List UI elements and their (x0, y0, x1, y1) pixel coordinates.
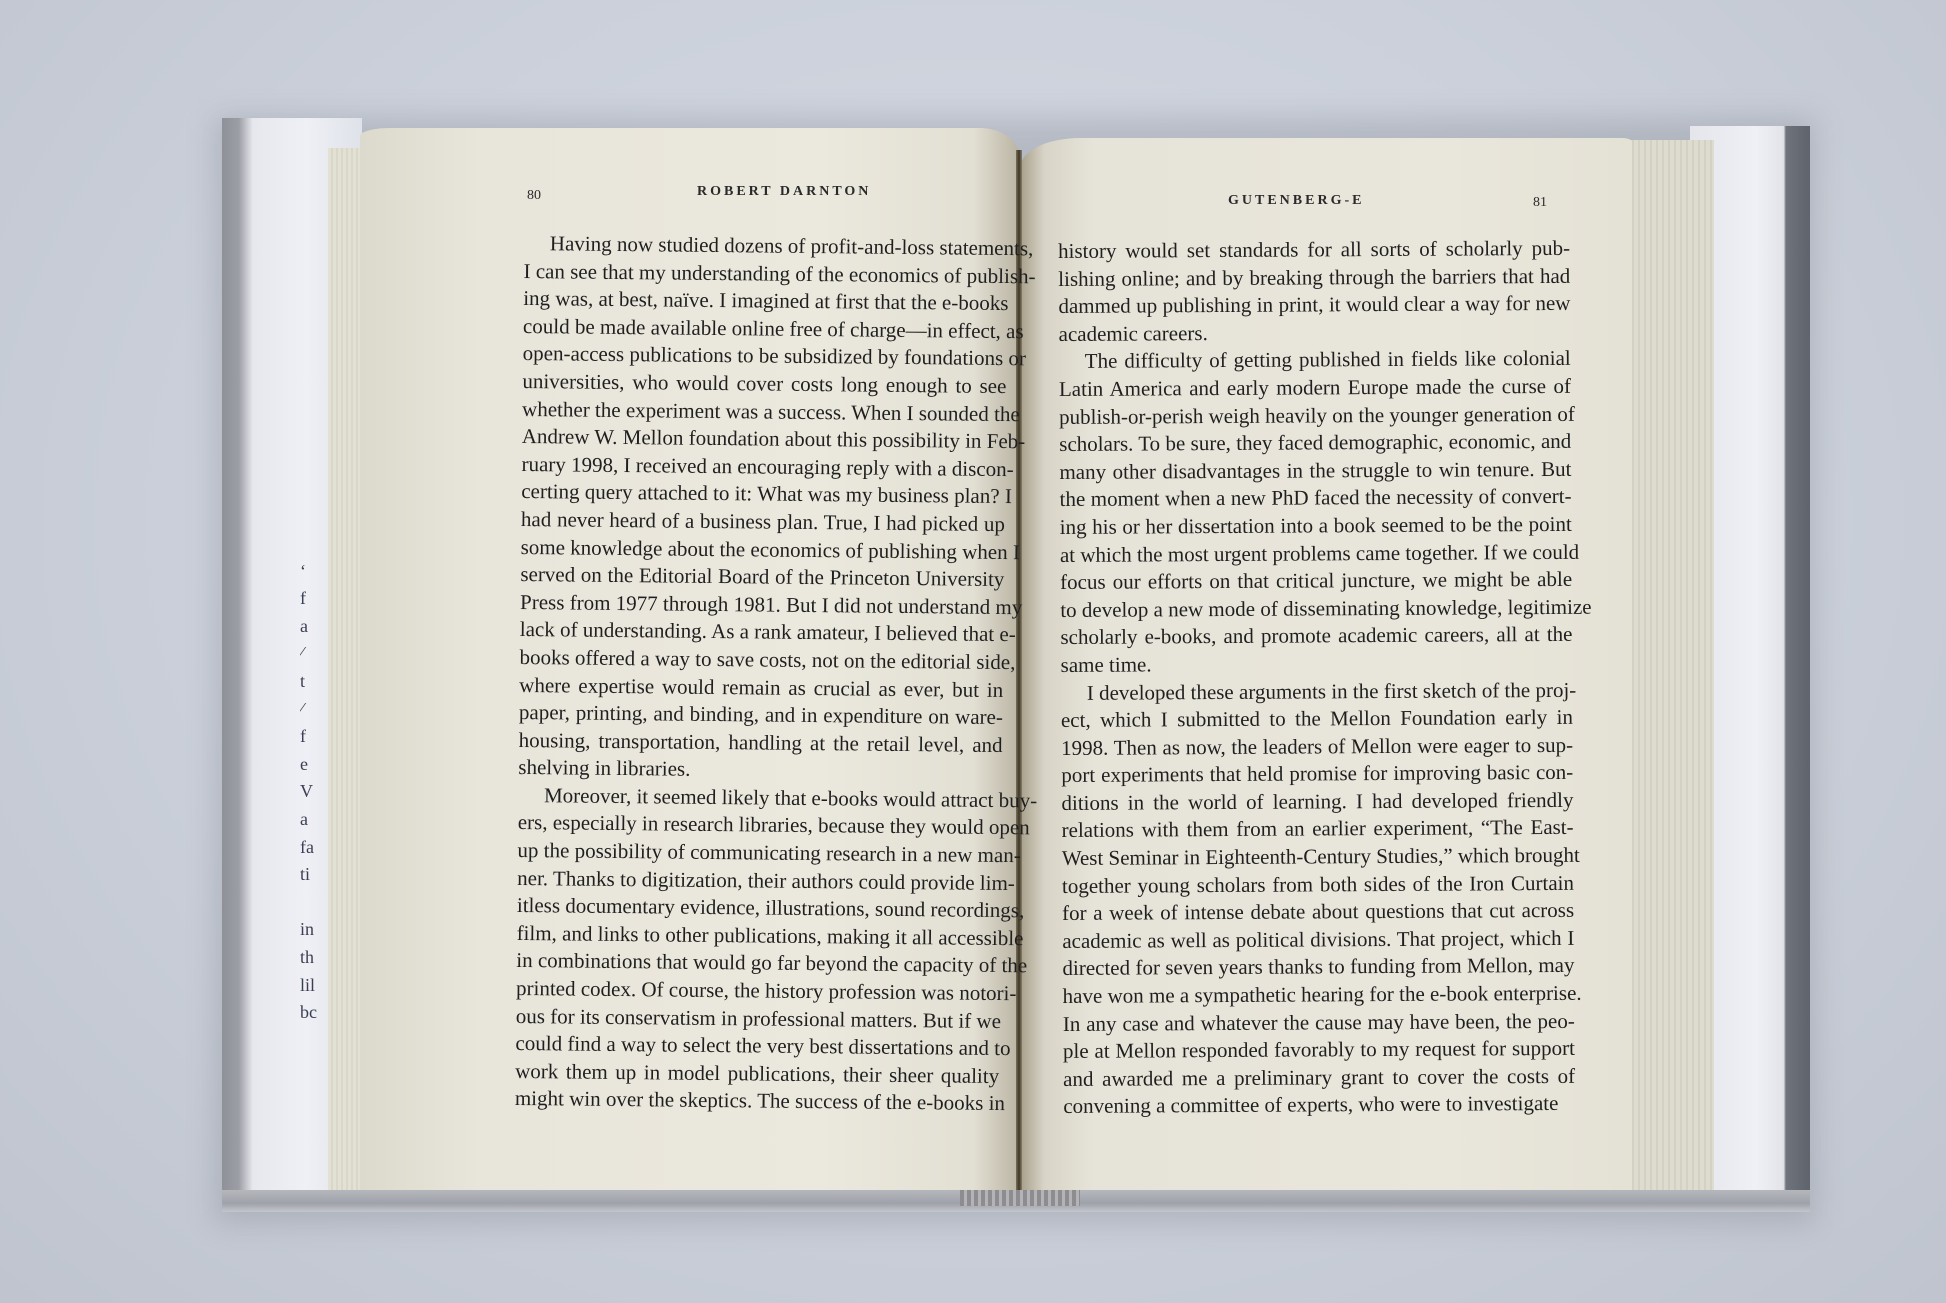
text-line: history would set standards for all sort… (1058, 235, 1570, 266)
peek-fragment: ⁄ (300, 696, 330, 724)
peek-fragment: bc (300, 999, 330, 1027)
text-line: academic as well as political divisions.… (1062, 925, 1574, 956)
text-line: focus our efforts on that critical junct… (1060, 566, 1572, 597)
peek-fragment: V (300, 778, 330, 806)
text-line: convening a committee of experts, who we… (1063, 1090, 1575, 1121)
text-line: ple at Mellon responded favorably to my … (1063, 1035, 1575, 1066)
peek-fragment: t (300, 668, 330, 696)
text-line: books offered a way to save costs, not o… (519, 644, 1003, 677)
text-line: port experiments that held promise for i… (1061, 759, 1573, 790)
text-line: publish-or-perish weigh heavily on the y… (1059, 400, 1571, 431)
text-line: ditions in the world of learning. I had … (1061, 787, 1573, 818)
text-line: I developed these arguments in the first… (1061, 676, 1573, 707)
text-line: together young scholars from both sides … (1062, 870, 1574, 901)
right-page-body: history would set standards for all sort… (1058, 235, 1575, 1121)
text-line: lishing online; and by breaking through … (1058, 262, 1570, 293)
peek-fragment: ti (300, 861, 330, 889)
running-head-left: ROBERT DARNTON (697, 184, 871, 200)
left-page-body: Having now studied dozens of profit-and-… (515, 230, 1008, 1118)
text-line: dammed up publishing in print, it would … (1058, 290, 1570, 321)
text-line: have won me a sympathetic hearing for th… (1063, 980, 1575, 1011)
book-gutter (1016, 150, 1022, 1190)
page-stack-right (1628, 140, 1714, 1190)
text-line: at which the most urgent problems came t… (1060, 538, 1572, 569)
peek-fragment: th (300, 944, 330, 972)
text-line: ect, which I submitted to the Mellon Fou… (1061, 704, 1573, 735)
text-line: West Seminar in Eighteenth-Century Studi… (1062, 842, 1574, 873)
peek-fragment: e (300, 751, 330, 779)
text-line: directed for seven years thanks to fundi… (1062, 952, 1574, 983)
text-line: same time. (1061, 649, 1573, 680)
text-line: scholarly e-books, and promote academic … (1060, 621, 1572, 652)
peek-fragment: f (300, 585, 330, 613)
text-line: to develop a new mode of disseminating k… (1060, 594, 1572, 625)
text-line: academic careers. (1059, 318, 1571, 349)
peek-fragment: lil (300, 972, 330, 1000)
page-number-left: 80 (527, 188, 541, 204)
text-line: might win over the skeptics. The success… (515, 1085, 999, 1118)
page-number-right: 81 (1533, 195, 1547, 211)
text-line: universities, who would cover costs long… (522, 368, 1006, 401)
peek-fragment: a (300, 806, 330, 834)
underlying-page-fragments: ‘fa⁄t⁄feVafatiinthlilbc (300, 530, 330, 1027)
peek-fragment: ⁄ (300, 640, 330, 668)
peek-fragment: ‘ (300, 558, 330, 586)
text-line: Latin America and early modern Europe ma… (1059, 373, 1571, 404)
running-head-right: GUTENBERG-E (1228, 193, 1364, 209)
peek-fragment: fa (300, 834, 330, 862)
text-line: the moment when a new PhD faced the nece… (1060, 483, 1572, 514)
text-line: had never heard of a business plan. True… (521, 506, 1005, 539)
text-line: relations with them from an earlier expe… (1062, 814, 1574, 845)
peek-fragment: in (300, 916, 330, 944)
text-line: In any case and whatever the cause may h… (1063, 1007, 1575, 1038)
peek-fragment: a (300, 613, 330, 641)
peek-fragment: f (300, 723, 330, 751)
text-line: and awarded me a preliminary grant to co… (1063, 1063, 1575, 1094)
text-line: many other disadvantages in the struggle… (1059, 456, 1571, 487)
text-line: 1998. Then as now, the leaders of Mellon… (1061, 732, 1573, 763)
text-line: The difficulty of getting published in f… (1059, 345, 1571, 376)
text-line: ing his or her dissertation into a book … (1060, 511, 1572, 542)
peek-fragment (300, 889, 330, 917)
text-line: scholars. To be sure, they faced demogra… (1059, 428, 1571, 459)
peek-fragment (300, 530, 330, 558)
spine-binding (960, 1190, 1080, 1206)
text-line: for a week of intense debate about quest… (1062, 897, 1574, 928)
